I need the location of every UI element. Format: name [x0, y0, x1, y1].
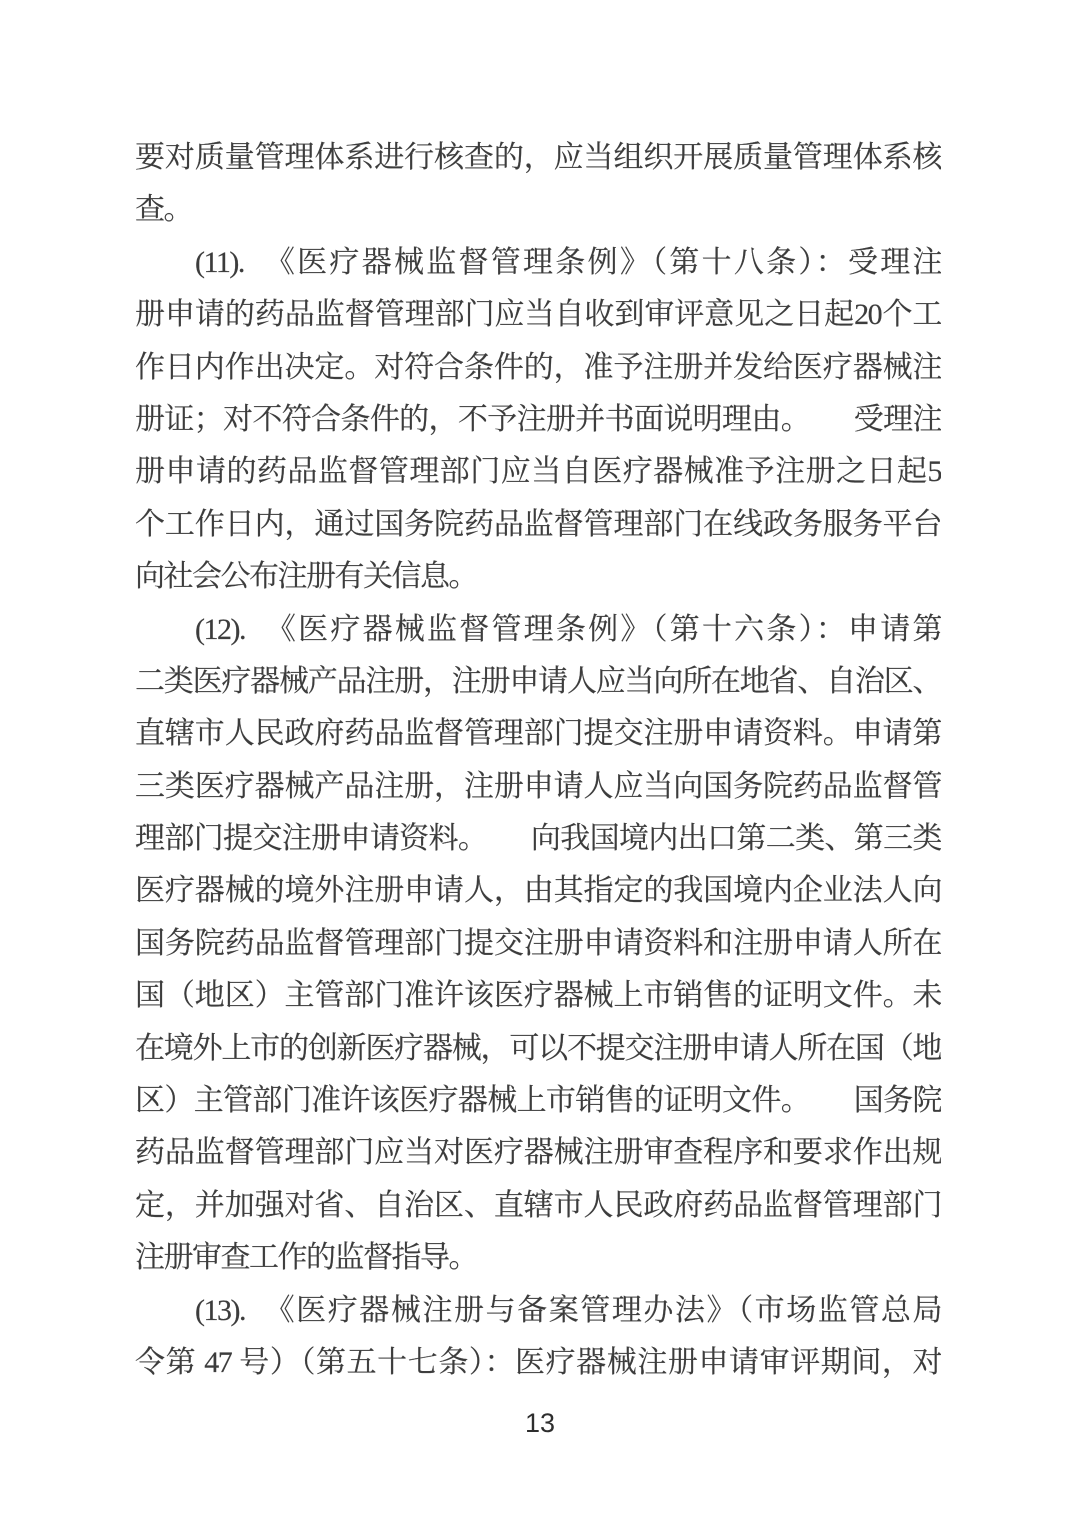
text-line: 作日内作出决定。对符合条件的，准予注册并发给医疗器械注 [135, 342, 941, 394]
text-line: 要对质量管理体系进行核查的，应当组织开展质量管理体系核 [135, 132, 941, 184]
document-page: 要对质量管理体系进行核查的，应当组织开展质量管理体系核查。(11). 《医疗器械… [0, 0, 1080, 1528]
text-line: 册申请的药品监督管理部门应当自收到审评意见之日起20个工 [135, 289, 941, 341]
page-number: 13 [0, 1408, 1080, 1439]
text-line: 二类医疗器械产品注册，注册申请人应当向所在地省、自治区、 [135, 656, 941, 708]
text-line: (12). 《医疗器械监督管理条例》（第十六条）：申请第 [135, 604, 941, 656]
paragraph: (13). 《医疗器械注册与备案管理办法》（市场监管总局令第 47 号）（第五十… [135, 1285, 941, 1390]
text-line: 三类医疗器械产品注册，注册申请人应当向国务院药品监督管 [135, 761, 941, 813]
text-line: 国（地区）主管部门准许该医疗器械上市销售的证明文件。未 [135, 970, 941, 1022]
paragraph: 要对质量管理体系进行核查的，应当组织开展质量管理体系核查。 [135, 132, 941, 237]
text-line: 册证；对不符合条件的，不予注册并书面说明理由。 受理注 [135, 394, 941, 446]
text-line: 查。 [135, 184, 941, 236]
paragraph: (12). 《医疗器械监督管理条例》（第十六条）：申请第二类医疗器械产品注册，注… [135, 604, 941, 1285]
text-line: 注册审查工作的监督指导。 [135, 1232, 941, 1284]
text-line: 令第 47 号）（第五十七条）：医疗器械注册申请审评期间，对 [135, 1337, 941, 1389]
text-line: 在境外上市的创新医疗器械，可以不提交注册申请人所在国（地 [135, 1023, 941, 1075]
paragraph: (11). 《医疗器械监督管理条例》（第十八条）：受理注册申请的药品监督管理部门… [135, 237, 941, 604]
text-line: 药品监督管理部门应当对医疗器械注册审查程序和要求作出规 [135, 1127, 941, 1179]
text-line: 册申请的药品监督管理部门应当自医疗器械准予注册之日起5 [135, 446, 941, 498]
text-line: (11). 《医疗器械监督管理条例》（第十八条）：受理注 [135, 237, 941, 289]
text-line: 理部门提交注册申请资料。 向我国境内出口第二类、第三类 [135, 813, 941, 865]
text-line: 医疗器械的境外注册申请人，由其指定的我国境内企业法人向 [135, 865, 941, 917]
text-line: (13). 《医疗器械注册与备案管理办法》（市场监管总局 [135, 1285, 941, 1337]
document-body: 要对质量管理体系进行核查的，应当组织开展质量管理体系核查。(11). 《医疗器械… [135, 132, 941, 1389]
text-line: 定，并加强对省、自治区、直辖市人民政府药品监督管理部门 [135, 1180, 941, 1232]
text-line: 国务院药品监督管理部门提交注册申请资料和注册申请人所在 [135, 918, 941, 970]
text-line: 区）主管部门准许该医疗器械上市销售的证明文件。 国务院 [135, 1075, 941, 1127]
text-line: 个工作日内，通过国务院药品监督管理部门在线政务服务平台 [135, 499, 941, 551]
text-line: 向社会公布注册有关信息。 [135, 551, 941, 603]
text-line: 直辖市人民政府药品监督管理部门提交注册申请资料。申请第 [135, 708, 941, 760]
